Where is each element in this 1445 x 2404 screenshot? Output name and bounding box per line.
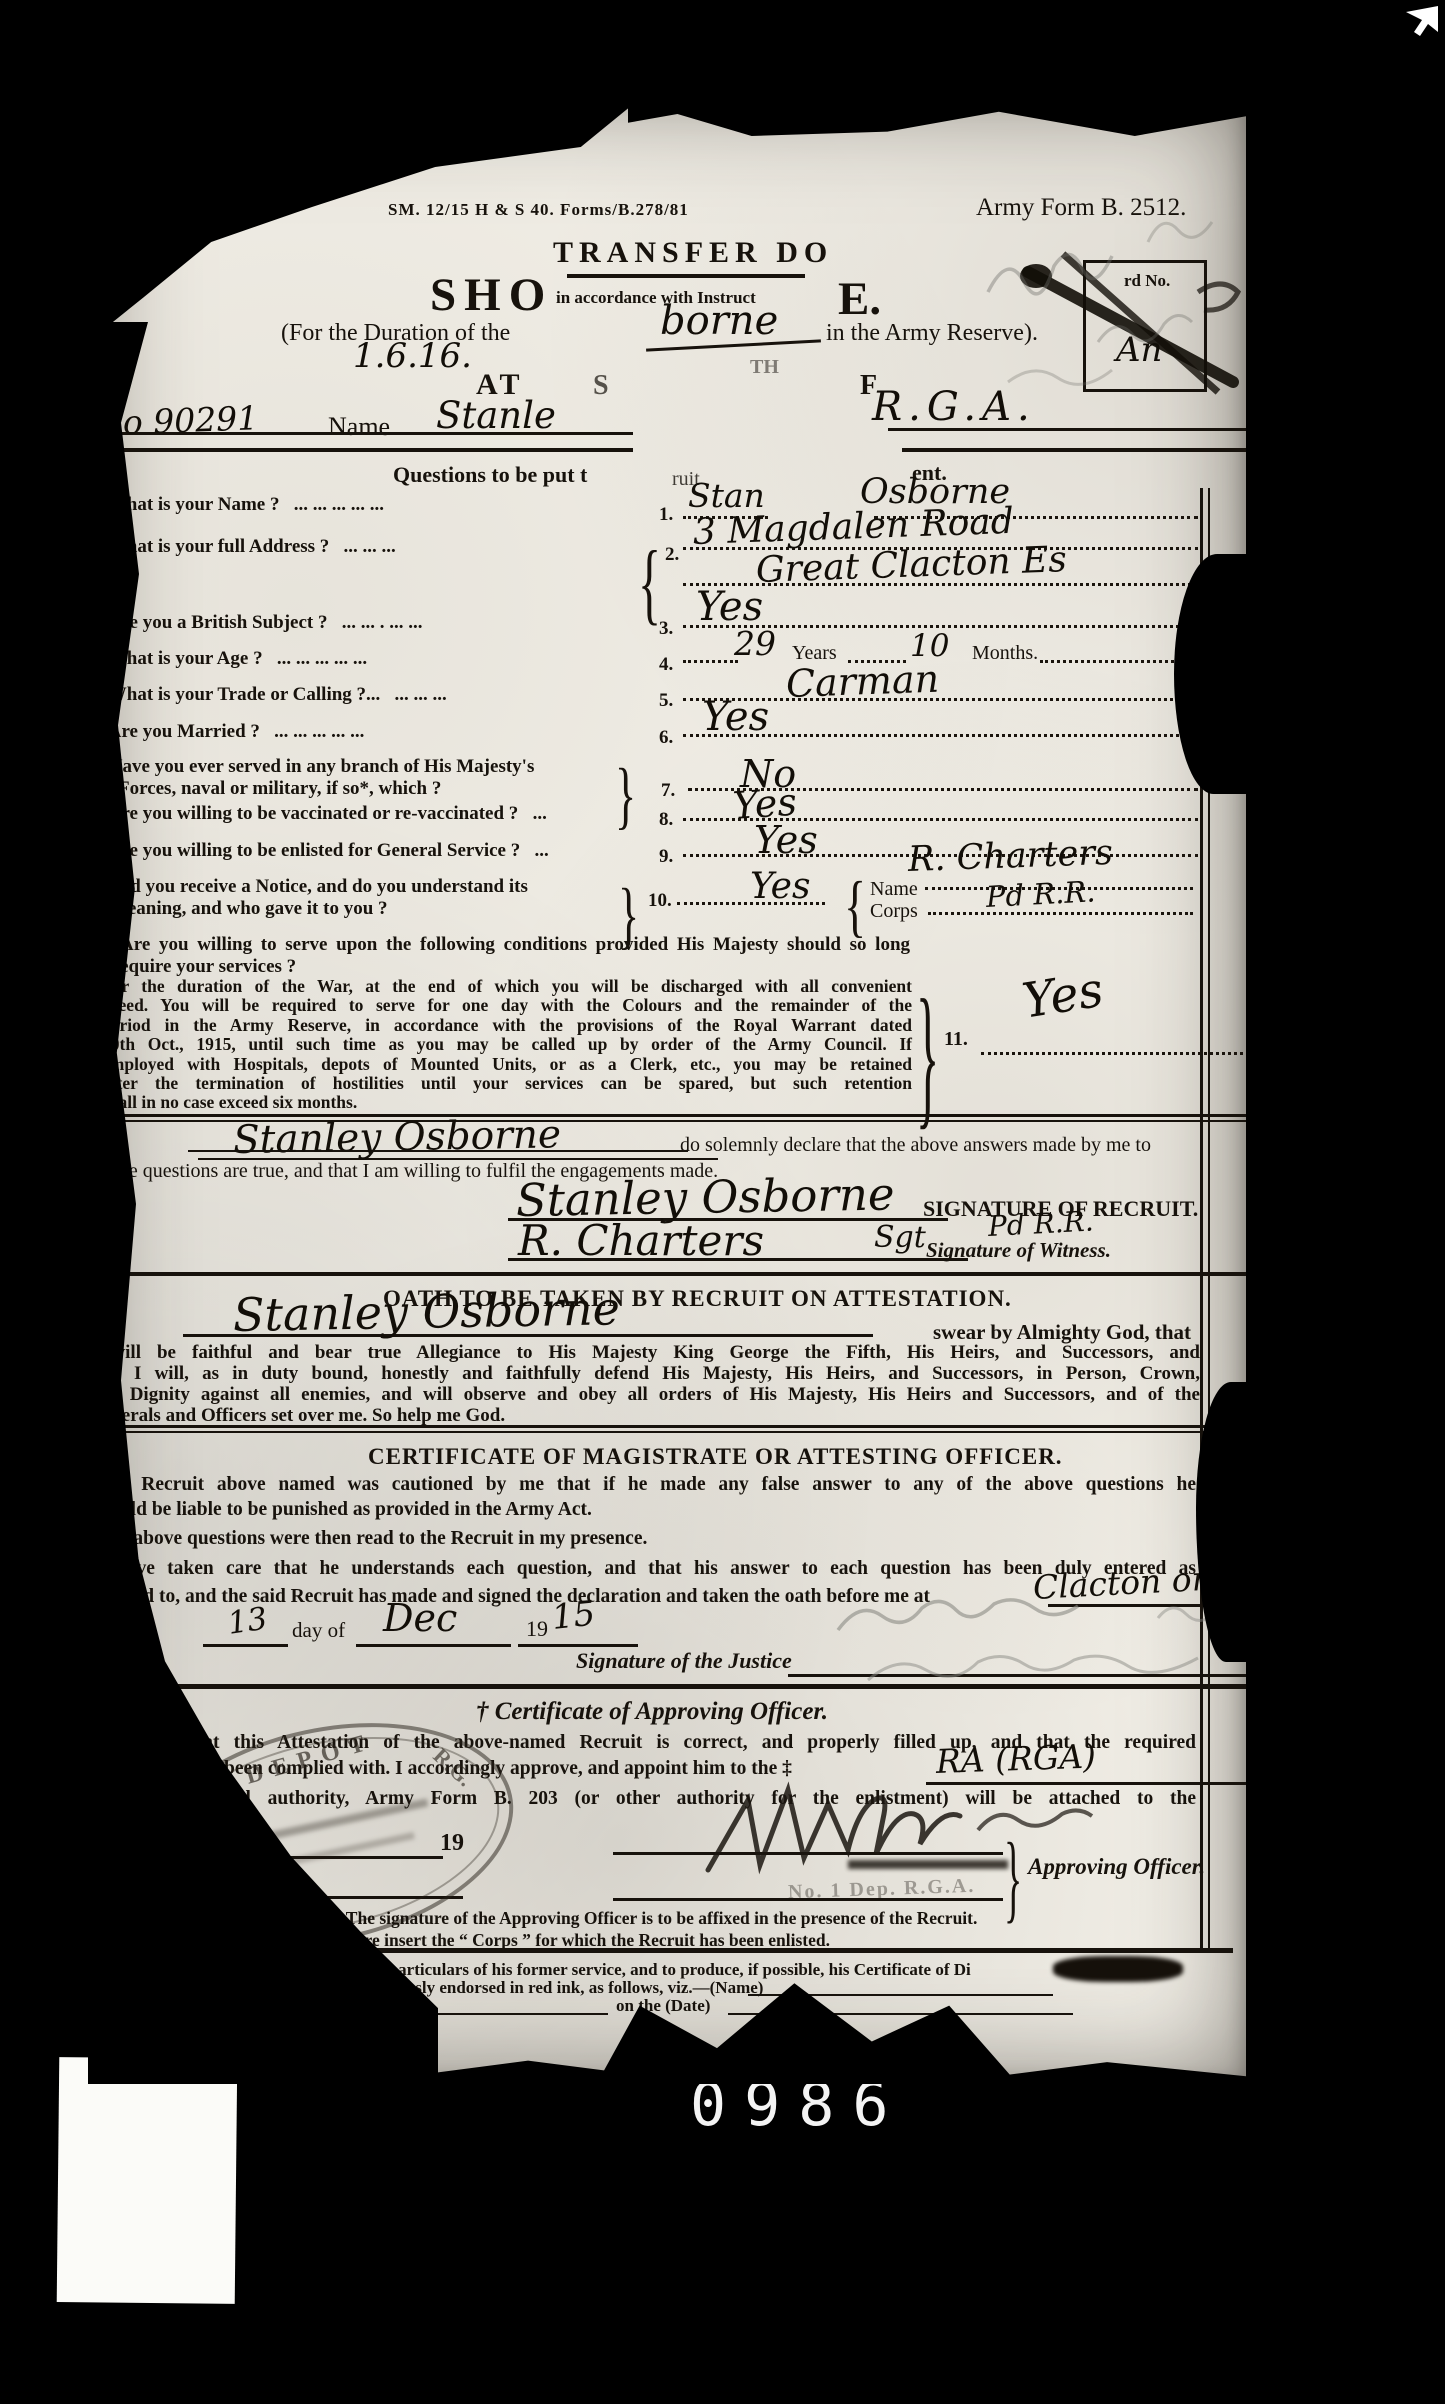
conditions-brace: }: [916, 964, 939, 1148]
notice-corps-line: [928, 912, 1193, 915]
magistrate-para3-line1: I have taken care that he understands ea…: [96, 1558, 1196, 1580]
question-7-brace: }: [615, 752, 636, 839]
star-note-line3: on the (Date): [616, 1996, 710, 2016]
answer-number-6: 6.: [659, 727, 673, 749]
ink-blot-right: [1053, 1956, 1183, 1982]
declaration-bottom-divider: [88, 1272, 1246, 1276]
witness-corps-handwriting: Pd R.R.: [987, 1204, 1094, 1242]
question-7-line1: 7. Have you ever served in any branch of…: [88, 756, 534, 778]
conditions-line: For the duration of the War, at the end …: [102, 976, 912, 995]
magistrate-para1-line1: The Recruit above named was cautioned by…: [96, 1474, 1196, 1496]
conditions-line: 20th Oct., 1915, until such time as you …: [102, 1034, 912, 1053]
declaration-text-1: do solemnly declare that the above answe…: [680, 1134, 1151, 1157]
blank-card: [57, 2057, 238, 2304]
oath-name-handwriting: Stanley Osborne: [233, 1281, 621, 1342]
star-note-line1: asked the particulars of his former serv…: [316, 1960, 971, 1980]
torn-edge-top: [628, 92, 1246, 136]
question-5: 5. What is your Trade or Calling ?... ..…: [88, 684, 447, 706]
notice-name-handwriting: R. Charters: [907, 833, 1113, 880]
oath-divider-2: [88, 1431, 1246, 1433]
question-9: 9. Are you willing to be enlisted for Ge…: [88, 840, 549, 862]
day-handwriting: 13: [225, 1601, 269, 1642]
justice-signature-label: Signature of the Justice: [576, 1648, 792, 1674]
answer-6: Yes: [702, 694, 769, 740]
magistrate-heading: CERTIFICATE OF MAGISTRATE OR ATTESTING O…: [368, 1444, 1063, 1470]
questions-heading-fragment-1: Questions to be put t: [393, 462, 587, 488]
title-fragment-right: E.: [838, 272, 881, 326]
answer-number-8: 8.: [659, 809, 673, 831]
answer-number-1: 1.: [659, 504, 673, 526]
title-fragment-left: SHO: [430, 268, 553, 322]
answer-number-7: 7.: [661, 780, 675, 802]
year-handwriting: 15: [550, 1594, 597, 1638]
date-handwriting: 1.6.16.: [353, 336, 472, 376]
notice-name-label: Name: [870, 878, 918, 901]
answer-number-5: 5.: [659, 690, 673, 712]
oath-line: I will be faithful and bear true Allegia…: [88, 1342, 1200, 1363]
approving-heading: † Certificate of Approving Officer.: [476, 1698, 828, 1726]
name-label: Name: [328, 412, 390, 442]
magistrate-para2: The above questions were then read to th…: [96, 1528, 647, 1550]
attestation-fragment-th: TH: [750, 356, 779, 379]
name-rule-b-right: [902, 448, 1246, 452]
approving-date-printed: 19: [440, 1830, 464, 1857]
torn-edge-right-blob: [1174, 554, 1246, 794]
answer-number-2: 2.: [665, 544, 679, 566]
question-6: 6. Are you Married ? ... ... ... ... ...: [88, 721, 364, 743]
answer-number-4: 4.: [659, 654, 673, 676]
conditions-line: speed. You will be required to serve for…: [102, 995, 912, 1014]
answer-11: Yes: [1019, 962, 1107, 1030]
dagger-note: † The signature of the Approving Officer…: [333, 1908, 977, 1929]
answer-5: Carman: [785, 657, 940, 706]
conditions-line: after the termination of hostilities unt…: [102, 1073, 912, 1092]
conditions-line: shall in no case exceed six months.: [102, 1092, 912, 1111]
cursor-icon: [1396, 2, 1442, 48]
transfer-overprint: TRANSFER DO: [553, 236, 833, 270]
attestation-fragment-s: S: [593, 370, 609, 402]
name-rule-b-left: [88, 448, 633, 452]
question-11-line1: 11. Are you willing to serve upon the fo…: [88, 934, 910, 956]
conditions-line: period in the Army Reserve, in accordanc…: [102, 1015, 912, 1034]
year-printed: 19: [526, 1616, 548, 1642]
magistrate-para1-line2: would be liable to be punished as provid…: [96, 1499, 592, 1521]
double-dagger-note: ‡ Here insert the “ Corps ” for which th…: [330, 1930, 830, 1951]
scanned-attestation-page: SM. 12/15 H & S 40. Forms/B.278/81 Army …: [0, 0, 1445, 2404]
question-10-line1: 10. Did you receive a Notice, and do you…: [88, 876, 528, 898]
answer-number-11: 11.: [944, 1028, 968, 1051]
answer-4-years-value: 29: [734, 624, 776, 663]
month-underline: [356, 1644, 511, 1647]
justice-pencil-scribble: [828, 1588, 1246, 1703]
oath-line: and Dignity against all enemies, and wil…: [88, 1384, 1200, 1405]
answer-line-4a: [683, 660, 738, 663]
question-8: 8. Are you willing to be vaccinated or r…: [88, 803, 547, 825]
document-paper: SM. 12/15 H & S 40. Forms/B.278/81 Army …: [88, 92, 1246, 2084]
transfer-underline: [567, 274, 805, 278]
conditions-paragraph: For the duration of the War, at the end …: [102, 976, 912, 1112]
notice-corps-handwriting: Pd R.R.: [985, 874, 1096, 914]
recruit-name-handwriting: Stanle: [436, 394, 556, 437]
question-1: 1. What is your Name ? ... ... ... ... .…: [88, 494, 384, 516]
question-11-line2: require your services ?: [112, 956, 296, 978]
oath-body: I will be faithful and bear true Allegia…: [88, 1342, 1200, 1426]
answer-line-11: [981, 1052, 1243, 1055]
answer-10: Yes: [750, 866, 810, 907]
magistrate-para3-line2: replied to, and the said Recruit has mad…: [96, 1586, 930, 1608]
witness-signature: R. Charters: [518, 1216, 764, 1265]
answer-number-3: 3.: [659, 618, 673, 640]
year-underline: [518, 1644, 638, 1647]
approving-officer-signature-scrawl: [678, 1770, 1138, 1890]
day-of-label: day of: [292, 1618, 345, 1643]
day-underline: [203, 1644, 288, 1647]
month-handwriting: Dec: [383, 1596, 457, 1640]
oath-line: that I will, as in duty bound, honestly …: [88, 1363, 1200, 1384]
question-10-line2: meaning, and who gave it to you ?: [112, 898, 388, 920]
osborne-script-fragment: borne: [660, 298, 778, 344]
answer-number-10: 10.: [648, 890, 672, 912]
months-label: Months.: [972, 642, 1038, 665]
declaration-name-handwriting: Stanley Osborne: [233, 1112, 562, 1163]
witness-signature-label: Signature of Witness.: [926, 1238, 1111, 1263]
question-3: 3. Are you a British Subject ? ... ... .…: [88, 612, 422, 634]
question-2-brace: {: [638, 532, 661, 637]
oath-line: Generals and Officers set over me. So he…: [88, 1405, 1200, 1426]
answer-9: Yes: [754, 818, 818, 862]
conditions-line: employed with Hospitals, depots of Mount…: [102, 1054, 912, 1073]
notice-corps-label: Corps: [870, 900, 918, 923]
question-4: 4. What is your Age ? ... ... ... ... ..…: [88, 648, 367, 670]
answer-number-9: 9.: [659, 846, 673, 868]
print-refs: SM. 12/15 H & S 40. Forms/B.278/81: [388, 200, 689, 220]
question-7-line2: Forces, naval or military, if so*, which…: [118, 778, 441, 800]
pencil-scribble-top-right: [948, 182, 1238, 442]
witness-rank-handwriting: Sgt: [874, 1220, 926, 1255]
